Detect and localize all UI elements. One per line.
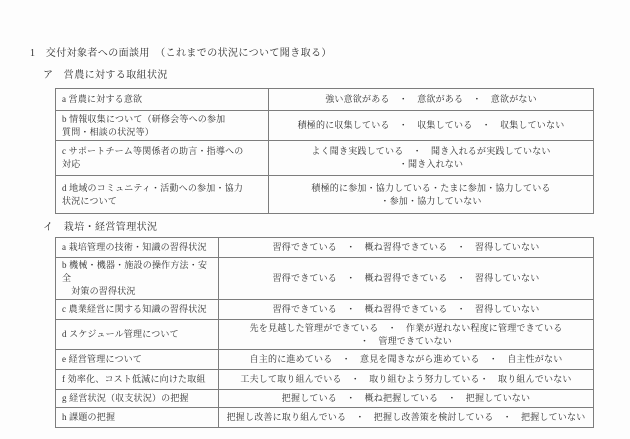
section-i-heading: イ 栽培・経営管理状況 [43,218,157,233]
item-cell: a 栽培管理の技術・知識の習得状況 [56,238,219,258]
item-cell: b 情報収集について（研修会等への参加 質問・相談の状況等） [56,111,269,141]
options-cell: 習得できている ・ 概ね習得できている ・ 習得していない [219,300,594,320]
item-cell: b 機械・機器・施設の操作方法・安全 対策の習得状況 [56,258,219,300]
options-cell: 先を見越した管理ができている ・ 作業が遅れない程度に管理できている ・ 管理で… [219,320,594,350]
table-row: f 効率化、コスト低減に向けた取組 工夫して取り組んでいる ・ 取り組むよう努力… [56,370,594,390]
table-row: c サポートチーム等関係者の助言・指導への 対応 よく聞き実践している ・ 聞き… [56,141,594,176]
table-row: a 営農に対する意欲 強い意欲がある ・ 意欲がある ・ 意欲がない [56,89,594,111]
table-row: a 栽培管理の技術・知識の習得状況 習得できている ・ 概ね習得できている ・ … [56,238,594,258]
options-cell: 習得できている ・ 概ね習得できている ・ 習得していない [219,258,594,300]
item-cell: c サポートチーム等関係者の助言・指導への 対応 [56,141,269,176]
table-farming-engagement: a 営農に対する意欲 強い意欲がある ・ 意欲がある ・ 意欲がない b 情報収… [55,88,594,214]
table-row: h 課題の把握 把握し改善に取り組んでいる ・ 把握し改善策を検討している ・ … [56,408,594,428]
item-cell: c 農業経営に関する知識の習得状況 [56,300,219,320]
options-cell: 把握している ・ 概ね把握している ・ 把握していない [219,390,594,408]
options-cell: 積極的に収集している ・ 収集している ・ 収集していない [269,111,594,141]
table-row: d 地域のコミュニティ・活動への参加・協力 状況について 積極的に参加・協力して… [56,176,594,214]
document-page: 1 交付対象者への面談用 （これまでの状況について聞き取る） ア 営農に対する取… [0,0,630,439]
table-row: c 農業経営に関する知識の習得状況 習得できている ・ 概ね習得できている ・ … [56,300,594,320]
options-cell: 強い意欲がある ・ 意欲がある ・ 意欲がない [269,89,594,111]
table-row: e 経営管理について 自主的に進めている ・ 意見を聞きながら進めている ・ 自… [56,350,594,370]
options-cell: 積極的に参加・協力している・たまに参加・協力している ・参加・協力していない [269,176,594,214]
section-a-heading: ア 営農に対する取組状況 [43,66,168,81]
options-cell: よく聞き実践している ・ 聞き入れるが実践していない ・聞き入れない [269,141,594,176]
options-cell: 把握し改善に取り組んでいる ・ 把握し改善策を検討している ・ 把握していない [219,408,594,428]
table-cultivation-management: a 栽培管理の技術・知識の習得状況 習得できている ・ 概ね習得できている ・ … [55,237,594,428]
options-cell: 自主的に進めている ・ 意見を聞きながら進めている ・ 自主性がない [219,350,594,370]
item-cell: a 営農に対する意欲 [56,89,269,111]
item-cell: e 経営管理について [56,350,219,370]
table-row: b 情報収集について（研修会等への参加 質問・相談の状況等） 積極的に収集してい… [56,111,594,141]
table-row: d スケジュール管理について 先を見越した管理ができている ・ 作業が遅れない程… [56,320,594,350]
page-title: 1 交付対象者への面談用 （これまでの状況について聞き取る） [30,44,332,59]
item-cell: f 効率化、コスト低減に向けた取組 [56,370,219,390]
item-cell: g 経営状況（収支状況）の把握 [56,390,219,408]
item-cell: d 地域のコミュニティ・活動への参加・協力 状況について [56,176,269,214]
options-cell: 工夫して取り組んでいる ・ 取り組むよう努力している・ 取り組んでいない [219,370,594,390]
table-row: g 経営状況（収支状況）の把握 把握している ・ 概ね把握している ・ 把握して… [56,390,594,408]
item-cell: h 課題の把握 [56,408,219,428]
item-cell: d スケジュール管理について [56,320,219,350]
options-cell: 習得できている ・ 概ね習得できている ・ 習得していない [219,238,594,258]
table-row: b 機械・機器・施設の操作方法・安全 対策の習得状況 習得できている ・ 概ね習… [56,258,594,300]
